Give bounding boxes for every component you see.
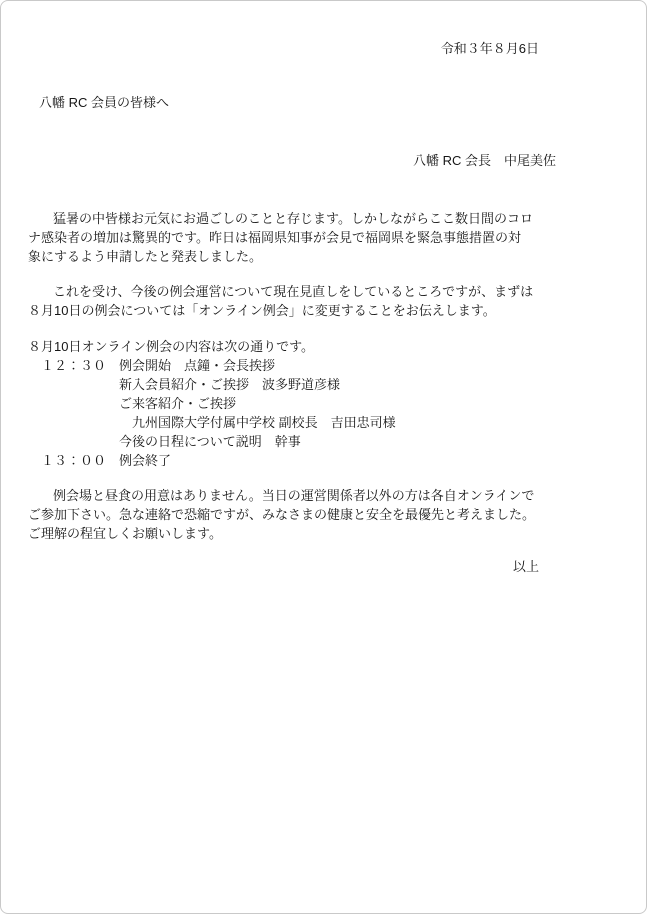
schedule-item-start: １２：３０ 例会開始 点鐘・会長挨拶 xyxy=(28,356,606,375)
schedule-item-new-member: 新入会員紹介・ご挨拶 波多野道彦様 xyxy=(28,375,606,394)
schedule-item-guest-name: 九州国際大学付属中学校 副校長 吉田忠司様 xyxy=(28,413,606,432)
closing-ijou: 以上 xyxy=(28,557,606,576)
letter-content: 令和３年８月6日 八幡 RC 会員の皆様へ 八幡 RC 会長 中尾美佐 猛暑の中… xyxy=(1,1,646,576)
paragraph-closing-remarks: 例会場と昼食の用意はありません。当日の運営関係者以外の方は各自オンラインで ご参… xyxy=(28,486,606,543)
schedule-item-end: １３：００ 例会終了 xyxy=(28,451,606,470)
meeting-schedule: ８月10日オンライン例会の内容は次の通りです。 １２：３０ 例会開始 点鐘・会長… xyxy=(28,337,606,470)
paragraph-greeting-covid-situation: 猛暑の中皆様お元気にお過ごしのことと存じます。しかしながらここ数日間のコロ ナ感… xyxy=(28,209,606,266)
letter-addressee: 八幡 RC 会員の皆様へ xyxy=(28,93,606,112)
letter-page: 令和３年８月6日 八幡 RC 会員の皆様へ 八幡 RC 会長 中尾美佐 猛暑の中… xyxy=(0,0,647,914)
paragraph-online-meeting-announcement: これを受け、今後の例会運営について現在見直しをしているところですが、まずは ８月… xyxy=(28,282,606,320)
letter-date: 令和３年８月6日 xyxy=(28,39,606,58)
schedule-item-future-plans: 今後の日程について説明 幹事 xyxy=(28,432,606,451)
schedule-intro: ８月10日オンライン例会の内容は次の通りです。 xyxy=(28,337,606,356)
schedule-item-guest-intro: ご来客紹介・ご挨拶 xyxy=(28,394,606,413)
letter-sender: 八幡 RC 会長 中尾美佐 xyxy=(28,151,606,170)
